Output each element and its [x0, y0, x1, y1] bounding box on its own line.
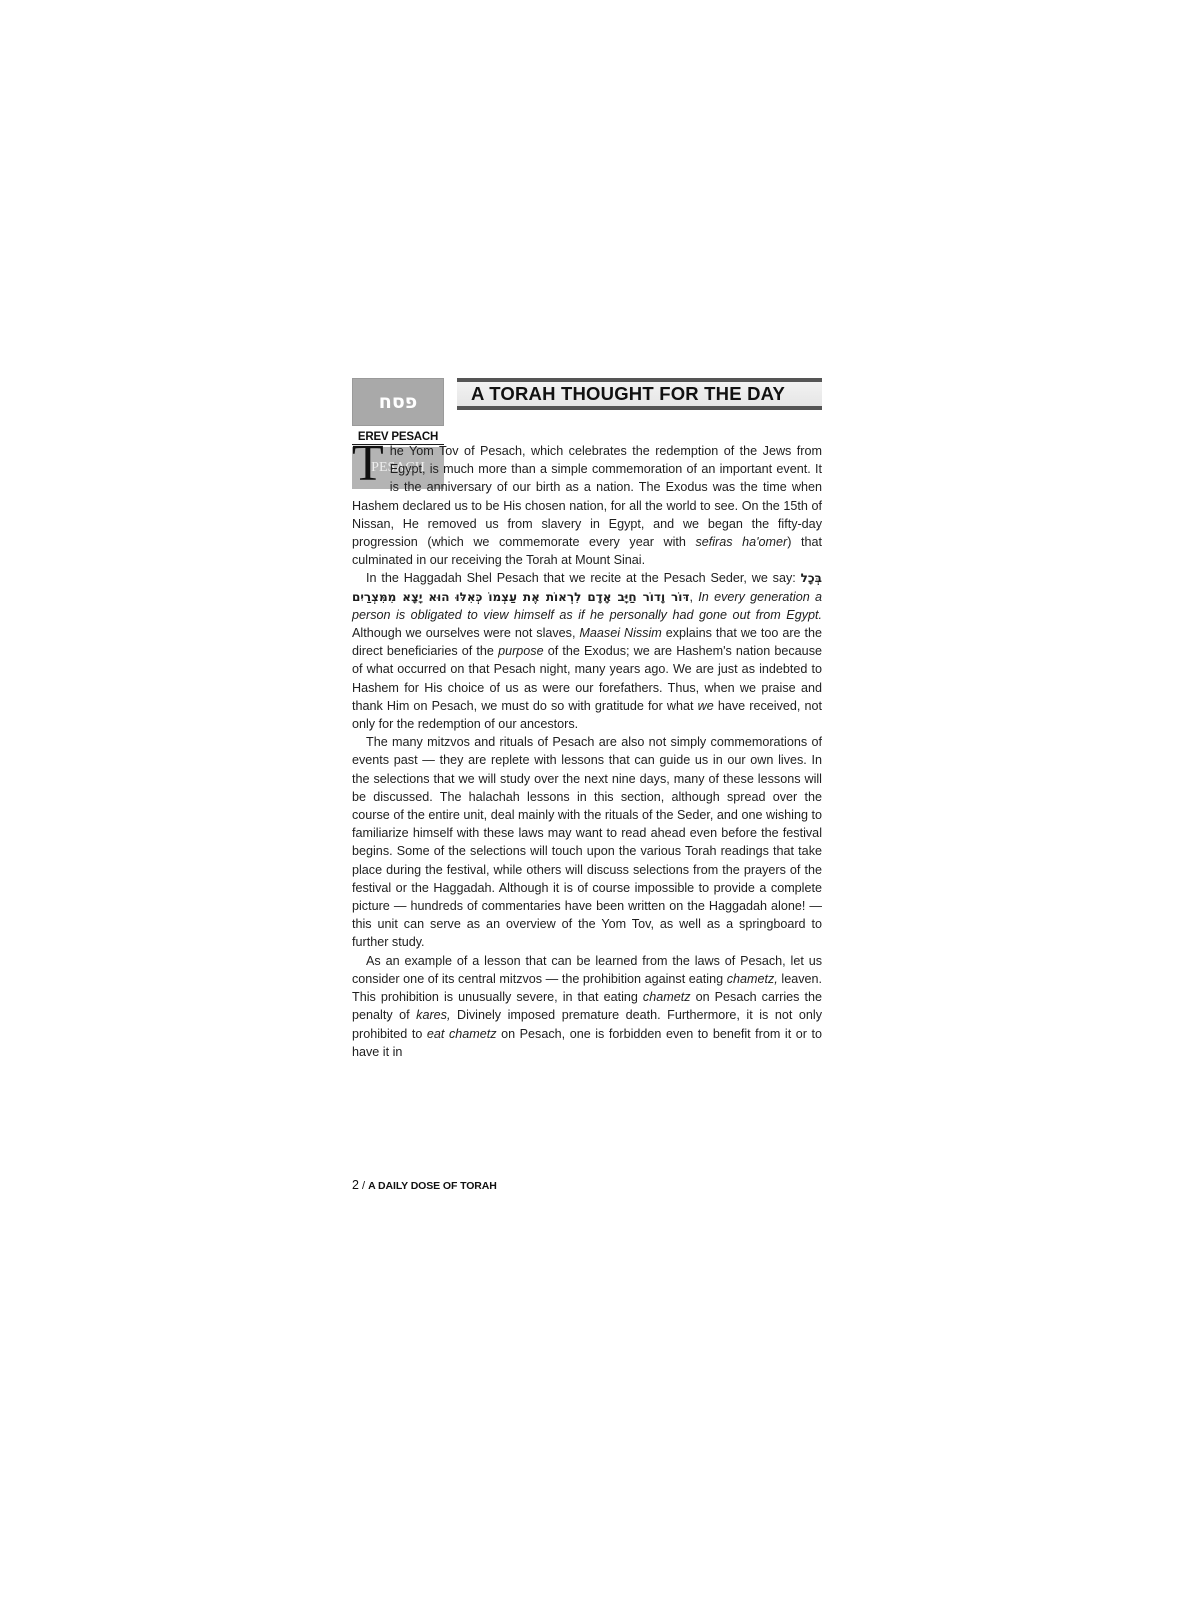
paragraph-2: In the Haggadah Shel Pesach that we reci…	[352, 569, 822, 733]
hebrew-section-tab: פסח	[352, 378, 444, 426]
page-number: 2	[352, 1178, 359, 1192]
page-footer: 2 / A DAILY DOSE OF TORAH	[352, 1178, 497, 1192]
book-title: A DAILY DOSE OF TORAH	[368, 1180, 497, 1192]
footer-separator: /	[359, 1180, 368, 1192]
hebrew-tab-label: פסח	[379, 391, 417, 413]
paragraph-1: The Yom Tov of Pesach, which celebrates …	[352, 442, 822, 569]
article-body: The Yom Tov of Pesach, which celebrates …	[352, 442, 822, 1061]
drop-cap: T	[352, 444, 384, 484]
section-title-bar: A TORAH THOUGHT FOR THE DAY	[457, 378, 822, 410]
paragraph-4: As an example of a lesson that can be le…	[352, 952, 822, 1061]
paragraph-3: The many mitzvos and rituals of Pesach a…	[352, 733, 822, 951]
section-title: A TORAH THOUGHT FOR THE DAY	[471, 383, 785, 405]
